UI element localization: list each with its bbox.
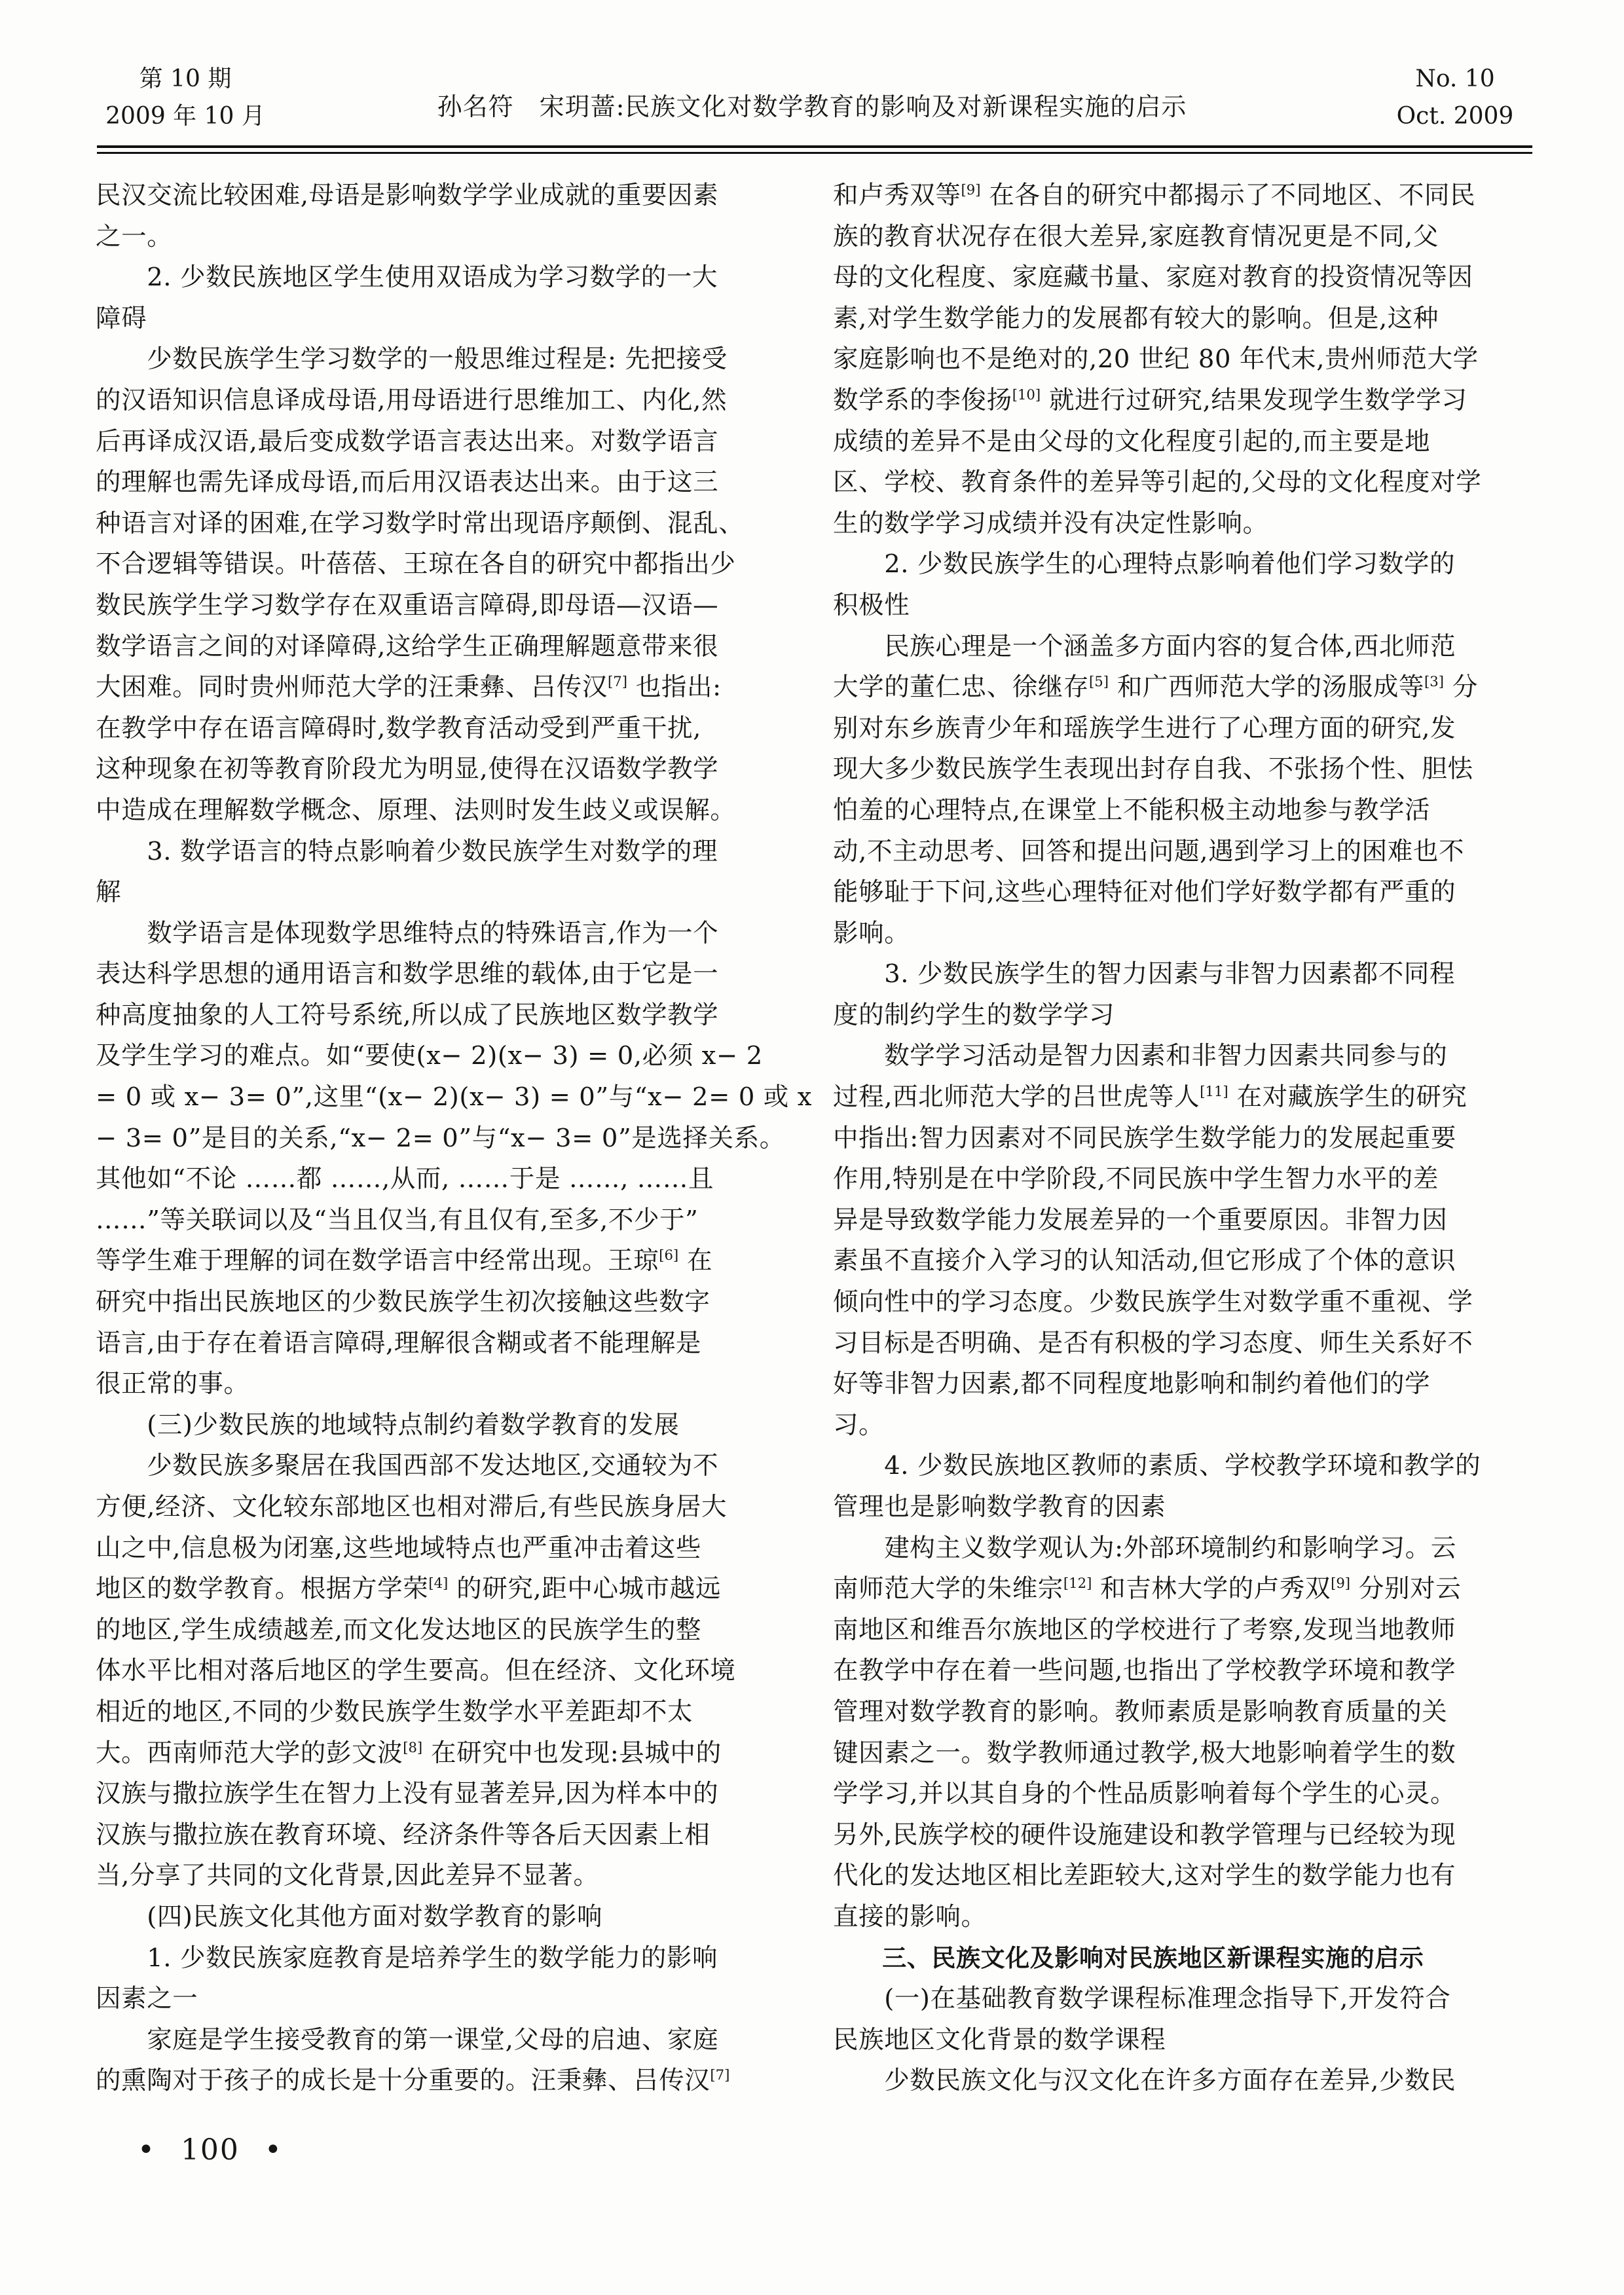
citation-ref: [9] [961,181,981,198]
issue-date-cn: 2009 年 10 月 [97,98,274,135]
text-line: 种语言对译的困难,在学习数学时常出现语序颠倒、混乱、 [96,504,792,545]
text-line: 家庭影响也不是绝对的,20 世纪 80 年代末,贵州师范大学 [833,339,1530,380]
text-line: 南师范大学的朱维宗[12] 和吉林大学的卢秀双[9] 分别对云 [833,1569,1530,1610]
header-issue-block-cn: 第 10 期 2009 年 10 月 [97,60,274,135]
text-line: 能够耻于下问,这些心理特征对他们学好数学都有严重的 [833,872,1530,913]
citation-ref: [12] [1063,1575,1092,1591]
text-line: 倾向性中的学习态度。少数民族学生对数学重不重视、学 [833,1282,1530,1323]
text-line: (一)在基础教育数学课程标准理念指导下,开发符合 [833,1979,1530,2020]
text-line: 体水平比相对落后地区的学生要高。但在经济、文化环境 [96,1651,792,1692]
text-line: 键因素之一。数学教师通过教学,极大地影响着学生的数 [833,1733,1530,1774]
text-line: 管理对数学教育的影响。教师素质是影响教育质量的关 [833,1692,1530,1733]
text-line: 表达科学思想的通用语言和数学思维的载体,由于它是一 [96,954,792,995]
text-line: 及学生学习的难点。如“要使(x− 2)(x− 3) = 0,必须 x− 2 [96,1036,792,1077]
text-line: 生的数学学习成绩并没有决定性影响。 [833,504,1530,545]
text-line: 等学生难于理解的词在数学语言中经常出现。王琼[6] 在 [96,1241,792,1282]
text-line: 的地区,学生成绩越差,而文化发达地区的民族学生的整 [96,1610,792,1651]
text-line: 中造成在理解数学概念、原理、法则时发生歧义或误解。 [96,790,792,832]
text-line: 大。西南师范大学的彭文波[8] 在研究中也发现:县城中的 [96,1733,792,1774]
text-line: 3. 少数民族学生的智力因素与非智力因素都不同程 [833,954,1530,995]
text-line: 数学学习活动是智力因素和非智力因素共同参与的 [833,1036,1530,1077]
text-line: 别对东乡族青少年和瑶族学生进行了心理方面的研究,发 [833,708,1530,750]
text-line: 积极性 [833,585,1530,627]
section-heading: 三、民族文化及影响对民族地区新课程实施的启示 [833,1938,1530,1979]
text-line: 素,对学生数学能力的发展都有较大的影响。但是,这种 [833,299,1530,340]
text-line: 其他如“不论 ……都 ……,从而, ……于是 ……, ……且 [96,1159,792,1200]
text-line: (四)民族文化其他方面对数学教育的影响 [96,1897,792,1938]
header-double-rule [97,145,1532,154]
text-line: 区、学校、教育条件的差异等引起的,父母的文化程度对学 [833,462,1530,504]
text-line: 少数民族文化与汉文化在许多方面存在差异,少数民 [833,2061,1530,2102]
text-line: 族的教育状况存在很大差异,家庭教育情况更是不同,父 [833,217,1530,258]
citation-ref: [9] [1331,1575,1350,1591]
text-line: 的理解也需先译成母语,而后用汉语表达出来。由于这三 [96,462,792,504]
right-column: 和卢秀双等[9] 在各自的研究中都揭示了不同地区、不同民族的教育状况存在很大差异… [833,175,1530,2102]
text-line: 的汉语知识信息译成母语,用母语进行思维加工、内化,然 [96,380,792,422]
text-line: 另外,民族学校的硬件设施建设和教学管理与已经较为现 [833,1815,1530,1856]
text-line: 大困难。同时贵州师范大学的汪秉彝、吕传汉[7] 也指出: [96,667,792,708]
text-line: 过程,西北师范大学的吕世虎等人[11] 在对藏族学生的研究 [833,1077,1530,1118]
issue-date-en: Oct. 2009 [1376,98,1534,135]
text-line: 作用,特别是在中学阶段,不同民族中学生智力水平的差 [833,1159,1530,1200]
text-line: 度的制约学生的数学学习 [833,995,1530,1037]
running-title: 孙名符 宋玥蔷:民族文化对数学教育的影响及对新课程实施的启示 [282,92,1342,122]
citation-ref: [5] [1089,673,1109,689]
text-line: 种高度抽象的人工符号系统,所以成了民族地区数学教学 [96,995,792,1037]
text-line: 动,不主动思考、回答和提出问题,遇到学习上的困难也不 [833,832,1530,873]
text-line: 习。 [833,1405,1530,1446]
text-line: 数学语言之间的对译障碍,这给学生正确理解题意带来很 [96,627,792,668]
text-line: 家庭是学生接受教育的第一课堂,父母的启迪、家庭 [96,2020,792,2061]
text-line: − 3= 0”是目的关系,“x− 2= 0”与“x− 3= 0”是选择关系。 [96,1118,792,1160]
text-line: 不合逻辑等错误。叶蓓蓓、王琼在各自的研究中都指出少 [96,544,792,585]
text-line: 在教学中存在着一些问题,也指出了学校教学环境和教学 [833,1651,1530,1692]
text-line: 因素之一 [96,1979,792,2020]
header-issue-block-en: No. 10 Oct. 2009 [1376,60,1534,135]
text-line: 很正常的事。 [96,1364,792,1405]
text-line: 少数民族多聚居在我国西部不发达地区,交通较为不 [96,1446,792,1487]
citation-ref: [11] [1200,1083,1228,1099]
issue-number-en: No. 10 [1376,60,1534,98]
text-line: 直接的影响。 [833,1897,1530,1938]
text-line: 代化的发达地区相比差距较大,这对学生的数学能力也有 [833,1856,1530,1897]
text-line: (三)少数民族的地域特点制约着数学教育的发展 [96,1405,792,1446]
text-line: 成绩的差异不是由父母的文化程度引起的,而主要是地 [833,422,1530,463]
text-line: 南地区和维吾尔族地区的学校进行了考察,发现当地教师 [833,1610,1530,1651]
text-line: 2. 少数民族地区学生使用双语成为学习数学的一大 [96,257,792,299]
text-line: 大学的董仁忠、徐继存[5] 和广西师范大学的汤服成等[3] 分 [833,667,1530,708]
text-line: 和卢秀双等[9] 在各自的研究中都揭示了不同地区、不同民 [833,175,1530,217]
text-line: 素虽不直接介入学习的认知活动,但它形成了个体的意识 [833,1241,1530,1282]
text-line: 少数民族学生学习数学的一般思维过程是: 先把接受 [96,339,792,380]
text-line: 母的文化程度、家庭藏书量、家庭对教育的投资情况等因 [833,257,1530,299]
text-line: 3. 数学语言的特点影响着少数民族学生对数学的理 [96,832,792,873]
journal-page: 第 10 期 2009 年 10 月 孙名符 宋玥蔷:民族文化对数学教育的影响及… [0,0,1624,2295]
text-line: 民汉交流比较困难,母语是影响数学学业成就的重要因素 [96,175,792,217]
text-line: 好等非智力因素,都不同程度地影响和制约着他们的学 [833,1364,1530,1405]
text-line: 数学系的李俊扬[10] 就进行过研究,结果发现学生数学学习 [833,380,1530,422]
text-line: 解 [96,872,792,913]
text-line: 在教学中存在语言障碍时,数学教育活动受到严重干扰, [96,708,792,750]
left-column: 民汉交流比较困难,母语是影响数学学业成就的重要因素之一。 2. 少数民族地区学生… [96,175,792,2102]
text-line: 方便,经济、文化较东部地区也相对滞后,有些民族身居大 [96,1487,792,1528]
citation-ref: [6] [659,1247,678,1264]
issue-number-cn: 第 10 期 [97,60,274,98]
text-line: 影响。 [833,913,1530,955]
citation-ref: [7] [608,673,627,689]
text-line: 4. 少数民族地区教师的素质、学校教学环境和教学的 [833,1446,1530,1487]
text-line: 障碍 [96,299,792,340]
citation-ref: [10] [1012,386,1041,403]
text-line: 学学习,并以其自身的个性品质影响着每个学生的心灵。 [833,1774,1530,1815]
text-line: 数民族学生学习数学存在双重语言障碍,即母语—汉语— [96,585,792,627]
text-line: 中指出:智力因素对不同民族学生数学能力的发展起重要 [833,1118,1530,1160]
text-line: 相近的地区,不同的少数民族学生数学水平差距却不太 [96,1692,792,1733]
text-line: 山之中,信息极为闭塞,这些地域特点也严重冲击着这些 [96,1528,792,1570]
text-line: 后再译成汉语,最后变成数学语言表达出来。对数学语言 [96,422,792,463]
text-line: 语言,由于存在着语言障碍,理解很含糊或者不能理解是 [96,1323,792,1365]
citation-ref: [8] [403,1739,422,1755]
citation-ref: [7] [710,2066,729,2083]
text-line: 1. 少数民族家庭教育是培养学生的数学能力的影响 [96,1938,792,1979]
citation-ref: [4] [428,1575,448,1591]
text-line: 地区的数学教育。根据方学荣[4] 的研究,距中心城市越远 [96,1569,792,1610]
text-line: 现大多少数民族学生表现出封存自我、不张扬个性、胆怯 [833,749,1530,790]
text-line: 民族地区文化背景的数学课程 [833,2020,1530,2061]
text-line: 汉族与撒拉族在教育环境、经济条件等各后天因素上相 [96,1815,792,1856]
text-line: 的熏陶对于孩子的成长是十分重要的。汪秉彝、吕传汉[7] [96,2061,792,2102]
text-line: 异是导致数学能力发展差异的一个重要原因。非智力因 [833,1200,1530,1241]
text-line: 之一。 [96,217,792,258]
text-line: 习目标是否明确、是否有积极的学习态度、师生关系好不 [833,1323,1530,1365]
text-line: 这种现象在初等教育阶段尤为明显,使得在汉语数学教学 [96,749,792,790]
text-line: = 0 或 x− 3= 0”,这里“(x− 2)(x− 3) = 0”与“x− … [96,1077,792,1118]
text-line: 民族心理是一个涵盖多方面内容的复合体,西北师范 [833,627,1530,668]
text-line: 怕羞的心理特点,在课堂上不能积极主动地参与教学活 [833,790,1530,832]
text-line: 当,分享了共同的文化背景,因此差异不显著。 [96,1856,792,1897]
text-line: 数学语言是体现数学思维特点的特殊语言,作为一个 [96,913,792,955]
text-line: 汉族与撒拉族学生在智力上没有显著差异,因为样本中的 [96,1774,792,1815]
text-line: 2. 少数民族学生的心理特点影响着他们学习数学的 [833,544,1530,585]
text-line: 研究中指出民族地区的少数民族学生初次接触这些数字 [96,1282,792,1323]
page-number: • 100 • [138,2133,283,2167]
text-line: 建构主义数学观认为:外部环境制约和影响学习。云 [833,1528,1530,1570]
citation-ref: [3] [1424,673,1444,689]
text-line: ……”等关联词以及“当且仅当,有且仅有,至多,不少于” [96,1200,792,1241]
text-line: 管理也是影响数学教育的因素 [833,1487,1530,1528]
